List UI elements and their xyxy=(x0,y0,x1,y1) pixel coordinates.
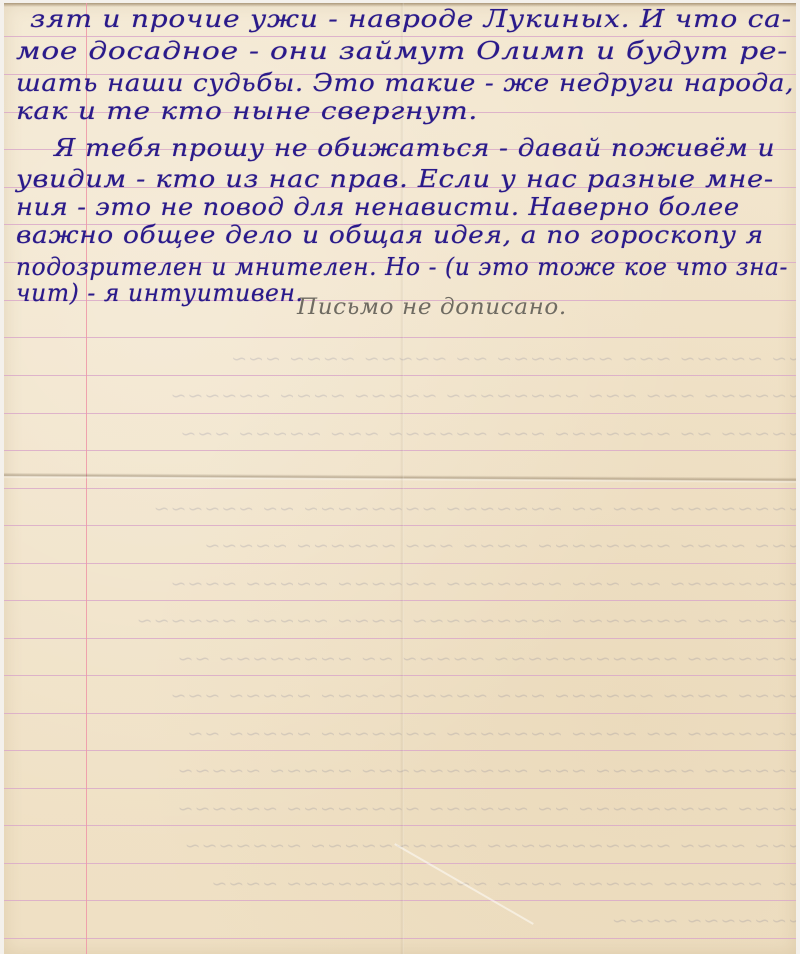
bleed-through-text: ~~~~ ~~~~ ~~~~~~ ~~~ ~~~~~~~~~~ ~~~~~ ~~… xyxy=(170,685,796,707)
letter-line: как и те кто ныне свергнут. xyxy=(16,97,478,125)
bleed-through-text: ~~~~~~~~ ~~~ ~~ ~~~~~~~ ~~~~~~~~ ~~ ~~~~… xyxy=(153,498,796,520)
letter-line: шать наши судьбы. Это такие - же недруги… xyxy=(16,69,794,97)
letter-line: важно общее дело и общая идея, а по горо… xyxy=(16,221,764,249)
bleed-through-text: ~~~~~~ ~~~ ~~~ ~~~~~~~~ ~~~~~ ~~~~ ~~~~~… xyxy=(170,385,796,407)
letter-page: ~~ ~~~~~ ~~~ ~~~~~~~ ~~ ~~~~~ ~~~~ ~~~ ~… xyxy=(4,3,796,954)
bleed-through-text: ~~~~~~~ ~~~~ xyxy=(611,910,796,932)
letter-line: мое досадное - они займут Олимп и будут … xyxy=(16,37,788,65)
bleed-through-text: ~~~~~ ~~ ~~~~~~~ ~~~ ~~~~~~ ~~~ ~~~~~ ~~… xyxy=(179,423,796,445)
bleed-through-text: ~~~~ ~~~~~~~~~ ~~ ~~~~~~ ~~~~~~~~ ~~~~~~ xyxy=(177,798,796,820)
letter-line: подозрителен и мнителен. Но - (и это тож… xyxy=(16,253,788,281)
bleed-through-text: ~~ ~~~~~ ~~~ ~~~~~~~ ~~ ~~~~~ ~~~~ ~~~ xyxy=(230,348,796,370)
bleed-through-text: ~~~~ ~~ ~~~~~~~ ~~~~~~~~~ ~~~~ ~~~~~ ~~~… xyxy=(136,610,796,632)
letter-line: чит) - я интуитивен. xyxy=(16,279,304,307)
letter-line: ния - это не повод для ненависти. Наверн… xyxy=(16,193,740,221)
bleed-through-text: ~~~~~~~ ~~~~~~~~~~~ ~~~~~ ~~ ~~~~~~~~ ~~ xyxy=(177,648,796,670)
bleed-through-text: ~~~~~~ ~~~~~~ ~~~ ~~~~~~~~~~ ~~~~~ ~~~~~ xyxy=(177,760,796,782)
bleed-through-text: ~~~ ~~~~ ~~~~~~~~ ~~~~ ~~~ ~~~~~~ ~~~~~ xyxy=(203,535,796,557)
bleed-through-text: ~~ ~~~~~~ ~~~~~ ~~~~ ~~~~~~~~~~~~ ~~~~ xyxy=(210,873,796,895)
pencil-note: Письмо не дописано. xyxy=(297,295,567,321)
letter-line: Я тебя прошу не обижаться - давай поживё… xyxy=(54,134,775,162)
letter-line: увидим - кто из нас прав. Если у нас раз… xyxy=(16,165,774,193)
letter-line: зят и прочие ужи - навроде Лукиных. И чт… xyxy=(30,5,792,33)
bleed-through-text: ~~~~~~~~ ~~ ~~~ ~~~~~~~ ~~~~~~ ~~~~~ ~~~… xyxy=(170,573,796,595)
bleed-through-text: ~~~ ~~~~ ~~~~~~~~~~~ ~~~~~~~~~~ ~~~~~~~ xyxy=(184,835,796,857)
bleed-through-text: ~~~~~~~ ~~ ~~~~ ~~~~~~~ ~~~~~~~ ~~~~~ ~~ xyxy=(186,723,796,745)
